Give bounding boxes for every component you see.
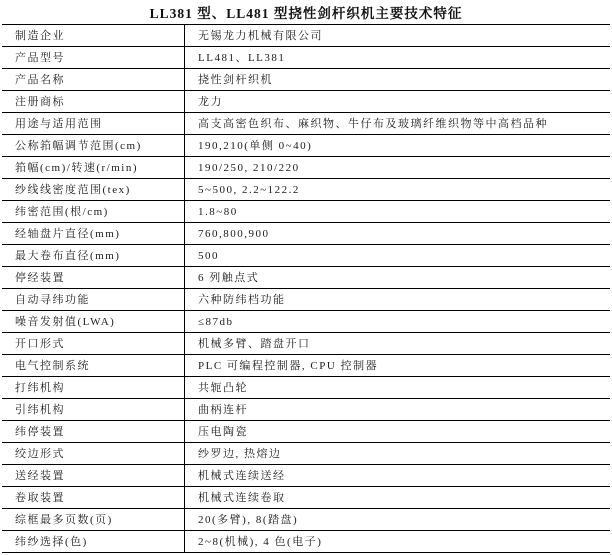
row-value: 500	[185, 246, 610, 266]
row-label: 绞边形式	[2, 443, 185, 464]
table-row: 打纬机构 共轭凸轮	[2, 377, 610, 399]
table-row: 纱线线密度范围(tex) 5~500, 2.2~122.2	[2, 179, 610, 201]
table-row: 绞边形式 纱罗边, 热熔边	[2, 443, 610, 465]
row-value: 2~8(机械), 4 色(电子)	[185, 532, 610, 552]
row-value: 机械多臂、踏盘开口	[185, 334, 610, 354]
row-value: PLC 可编程控制器, CPU 控制器	[185, 356, 610, 376]
spec-table: 制造企业 无锡龙力机械有限公司 产品型号 LL481、LL381 产品名称 挠性…	[2, 24, 610, 553]
row-value: 1.8~80	[185, 202, 610, 222]
row-value: 20(多臂), 8(踏盘)	[185, 510, 610, 530]
table-row: 最大卷布直径(mm) 500	[2, 245, 610, 267]
row-label: 产品名称	[2, 69, 185, 90]
table-row: 引纬机构 曲柄连杆	[2, 399, 610, 421]
row-value: 压电陶瓷	[185, 422, 610, 442]
row-label: 经轴盘片直径(mm)	[2, 223, 185, 244]
table-row: 用途与适用范围 高支高密色织布、麻织物、牛仔布及玻璃纤维织物等中高档品种	[2, 113, 610, 135]
row-value: 6 列触点式	[185, 268, 610, 288]
row-label: 用途与适用范围	[2, 113, 185, 134]
row-value: 190/250, 210/220	[185, 158, 610, 178]
table-row: 噪音发射值(LWA) ≤87db	[2, 311, 610, 333]
row-value: 高支高密色织布、麻织物、牛仔布及玻璃纤维织物等中高档品种	[185, 114, 610, 134]
row-label: 电气控制系统	[2, 355, 185, 376]
table-row: 电气控制系统 PLC 可编程控制器, CPU 控制器	[2, 355, 610, 377]
row-value: LL481、LL381	[185, 48, 610, 68]
row-value: 挠性剑杆织机	[185, 70, 610, 90]
row-label: 制造企业	[2, 25, 185, 46]
row-label: 综框最多页数(页)	[2, 509, 185, 530]
row-label: 噪音发射值(LWA)	[2, 311, 185, 332]
row-label: 开口形式	[2, 333, 185, 354]
table-row: 产品名称 挠性剑杆织机	[2, 69, 610, 91]
row-value: 六种防纬档功能	[185, 290, 610, 310]
row-label: 纬停装置	[2, 421, 185, 442]
table-row: 注册商标 龙力	[2, 91, 610, 113]
table-row: 停经装置 6 列触点式	[2, 267, 610, 289]
row-label: 公称筘幅调节范围(cm)	[2, 135, 185, 156]
row-label: 停经装置	[2, 267, 185, 288]
row-value: 190,210(单侧 0~40)	[185, 136, 610, 156]
table-row: 综框最多页数(页) 20(多臂), 8(踏盘)	[2, 509, 610, 531]
row-label: 打纬机构	[2, 377, 185, 398]
row-value: 龙力	[185, 92, 610, 112]
row-label: 筘幅(cm)/转速(r/min)	[2, 157, 185, 178]
row-label: 卷取装置	[2, 487, 185, 508]
row-value: 机械式连续送经	[185, 466, 610, 486]
row-value: ≤87db	[185, 312, 610, 332]
row-label: 最大卷布直径(mm)	[2, 245, 185, 266]
row-value: 760,800,900	[185, 224, 610, 244]
document-page: LL381 型、LL481 型挠性剑杆织机主要技术特征 制造企业 无锡龙力机械有…	[0, 0, 612, 555]
row-label: 纬密范围(根/cm)	[2, 201, 185, 222]
row-value: 无锡龙力机械有限公司	[185, 26, 610, 46]
row-label: 纬纱选择(色)	[2, 531, 185, 552]
table-row: 公称筘幅调节范围(cm) 190,210(单侧 0~40)	[2, 135, 610, 157]
row-label: 纱线线密度范围(tex)	[2, 179, 185, 200]
row-label: 引纬机构	[2, 399, 185, 420]
row-label: 产品型号	[2, 47, 185, 68]
table-row: 纬停装置 压电陶瓷	[2, 421, 610, 443]
table-row: 开口形式 机械多臂、踏盘开口	[2, 333, 610, 355]
table-row: 卷取装置 机械式连续卷取	[2, 487, 610, 509]
row-label: 送经装置	[2, 465, 185, 486]
row-label: 自动寻纬功能	[2, 289, 185, 310]
table-row: 纬纱选择(色) 2~8(机械), 4 色(电子)	[2, 531, 610, 553]
table-row: 经轴盘片直径(mm) 760,800,900	[2, 223, 610, 245]
row-value: 纱罗边, 热熔边	[185, 444, 610, 464]
table-row: 筘幅(cm)/转速(r/min) 190/250, 210/220	[2, 157, 610, 179]
table-row: 制造企业 无锡龙力机械有限公司	[2, 25, 610, 47]
table-row: 产品型号 LL481、LL381	[2, 47, 610, 69]
row-value: 机械式连续卷取	[185, 488, 610, 508]
table-row: 纬密范围(根/cm) 1.8~80	[2, 201, 610, 223]
table-row: 自动寻纬功能 六种防纬档功能	[2, 289, 610, 311]
table-row: 送经装置 机械式连续送经	[2, 465, 610, 487]
row-label: 注册商标	[2, 91, 185, 112]
row-value: 共轭凸轮	[185, 378, 610, 398]
row-value: 5~500, 2.2~122.2	[185, 180, 610, 200]
row-value: 曲柄连杆	[185, 400, 610, 420]
page-title: LL381 型、LL481 型挠性剑杆织机主要技术特征	[0, 0, 612, 24]
